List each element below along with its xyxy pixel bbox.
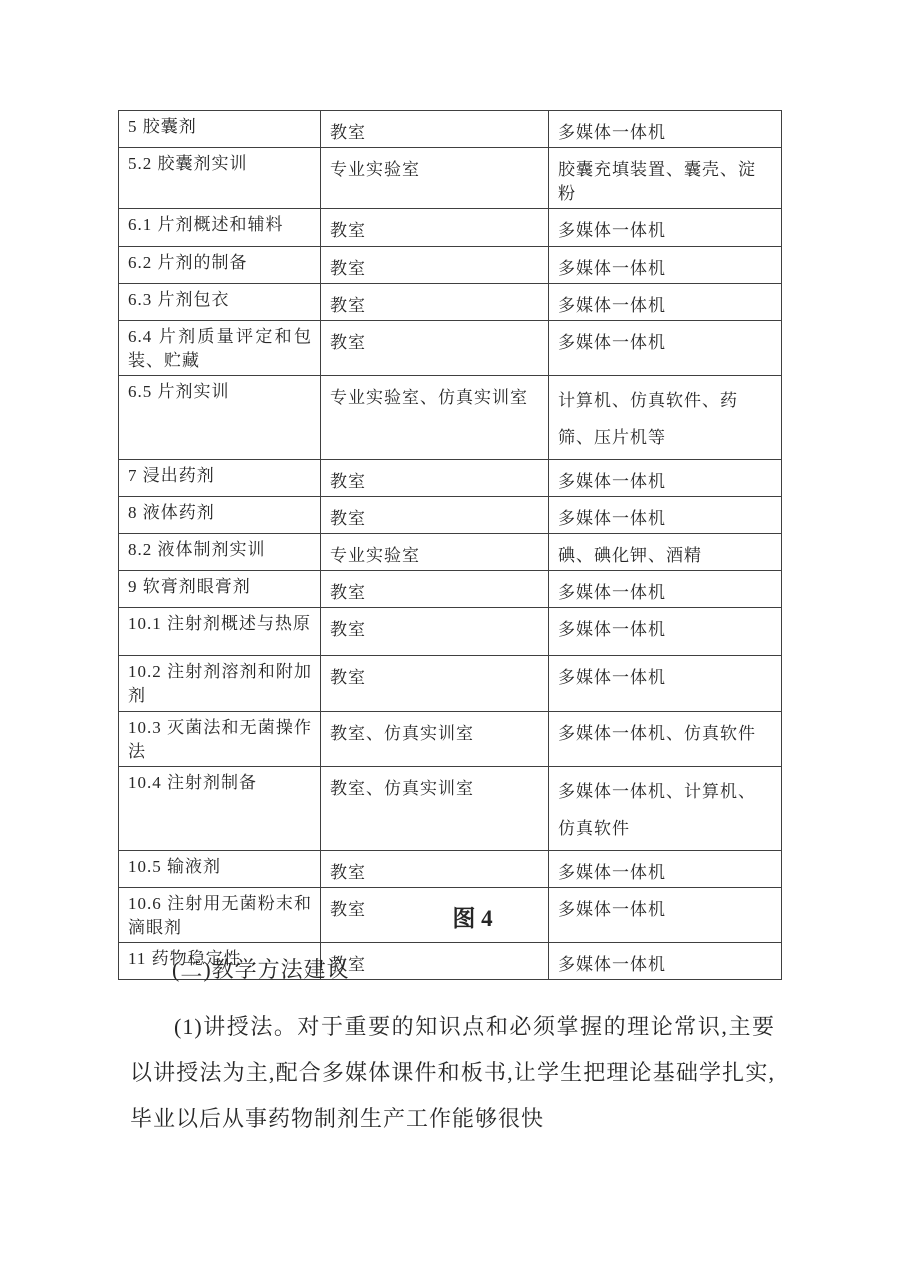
cell-content: 10.1 注射剂概述与热原 — [119, 608, 321, 656]
cell-equipment: 多媒体一体机 — [549, 459, 782, 496]
table-row: 10.2 注射剂溶剂和附加剂教室多媒体一体机 — [119, 656, 782, 711]
table-row: 5 胶囊剂教室多媒体一体机 — [119, 111, 782, 148]
cell-equipment: 多媒体一体机 — [549, 246, 782, 283]
course-schedule-table: 5 胶囊剂教室多媒体一体机5.2 胶囊剂实训专业实验室胶囊充填装置、囊壳、淀粉6… — [118, 110, 782, 980]
cell-location: 教室 — [321, 656, 549, 711]
cell-equipment: 多媒体一体机 — [549, 283, 782, 320]
cell-content: 6.4 片剂质量评定和包装、贮藏 — [119, 320, 321, 375]
table-row: 6.5 片剂实训专业实验室、仿真实训室计算机、仿真软件、药筛、压片机等 — [119, 376, 782, 460]
cell-equipment: 胶囊充填装置、囊壳、淀粉 — [549, 148, 782, 209]
document-page: 5 胶囊剂教室多媒体一体机5.2 胶囊剂实训专业实验室胶囊充填装置、囊壳、淀粉6… — [0, 0, 900, 1272]
cell-equipment: 多媒体一体机 — [549, 608, 782, 656]
cell-content: 7 浸出药剂 — [119, 459, 321, 496]
cell-location: 专业实验室 — [321, 534, 549, 571]
course-table-body: 5 胶囊剂教室多媒体一体机5.2 胶囊剂实训专业实验室胶囊充填装置、囊壳、淀粉6… — [119, 111, 782, 980]
cell-location: 教室、仿真实训室 — [321, 766, 549, 850]
table-row: 6.3 片剂包衣教室多媒体一体机 — [119, 283, 782, 320]
table-row: 6.1 片剂概述和辅料教室多媒体一体机 — [119, 209, 782, 246]
cell-content: 10.5 输液剂 — [119, 850, 321, 887]
cell-content: 8.2 液体制剂实训 — [119, 534, 321, 571]
cell-equipment: 多媒体一体机、仿真软件 — [549, 711, 782, 766]
cell-content: 6.5 片剂实训 — [119, 376, 321, 460]
cell-equipment: 多媒体一体机、计算机、仿真软件 — [549, 766, 782, 850]
cell-location: 教室 — [321, 850, 549, 887]
cell-content: 8 液体药剂 — [119, 496, 321, 533]
cell-content: 6.3 片剂包衣 — [119, 283, 321, 320]
cell-location: 教室 — [321, 571, 549, 608]
cell-location: 教室 — [321, 209, 549, 246]
cell-equipment: 多媒体一体机 — [549, 656, 782, 711]
table-row: 10.1 注射剂概述与热原教室多媒体一体机 — [119, 608, 782, 656]
cell-content: 10.3 灭菌法和无菌操作法 — [119, 711, 321, 766]
cell-content: 6.2 片剂的制备 — [119, 246, 321, 283]
cell-location: 教室、仿真实训室 — [321, 711, 549, 766]
cell-equipment: 计算机、仿真软件、药筛、压片机等 — [549, 376, 782, 460]
cell-content: 5 胶囊剂 — [119, 111, 321, 148]
table-row: 9 软膏剂眼膏剂教室多媒体一体机 — [119, 571, 782, 608]
cell-location: 专业实验室 — [321, 148, 549, 209]
table-row: 10.3 灭菌法和无菌操作法教室、仿真实训室多媒体一体机、仿真软件 — [119, 711, 782, 766]
cell-location: 教室 — [321, 496, 549, 533]
table-row: 10.4 注射剂制备教室、仿真实训室多媒体一体机、计算机、仿真软件 — [119, 766, 782, 850]
figure-caption: 图 4 — [118, 900, 781, 933]
cell-location: 教室 — [321, 459, 549, 496]
table-row: 5.2 胶囊剂实训专业实验室胶囊充填装置、囊壳、淀粉 — [119, 148, 782, 209]
cell-content: 10.2 注射剂溶剂和附加剂 — [119, 656, 321, 711]
cell-equipment: 多媒体一体机 — [549, 320, 782, 375]
cell-location: 教室 — [321, 111, 549, 148]
cell-equipment: 多媒体一体机 — [549, 111, 782, 148]
table-row: 7 浸出药剂教室多媒体一体机 — [119, 459, 782, 496]
cell-location: 教室 — [321, 283, 549, 320]
cell-location: 教室 — [321, 608, 549, 656]
table-row: 10.5 输液剂教室多媒体一体机 — [119, 850, 782, 887]
cell-location: 专业实验室、仿真实训室 — [321, 376, 549, 460]
table-row: 6.4 片剂质量评定和包装、贮藏教室多媒体一体机 — [119, 320, 782, 375]
cell-equipment: 多媒体一体机 — [549, 571, 782, 608]
section-heading: (二)教学方法建议 — [130, 953, 775, 984]
cell-location: 教室 — [321, 320, 549, 375]
cell-equipment: 多媒体一体机 — [549, 209, 782, 246]
cell-equipment: 多媒体一体机 — [549, 850, 782, 887]
cell-content: 6.1 片剂概述和辅料 — [119, 209, 321, 246]
cell-location: 教室 — [321, 246, 549, 283]
table-row: 8 液体药剂教室多媒体一体机 — [119, 496, 782, 533]
cell-equipment: 碘、碘化钾、酒精 — [549, 534, 782, 571]
table-row: 8.2 液体制剂实训专业实验室碘、碘化钾、酒精 — [119, 534, 782, 571]
cell-content: 10.4 注射剂制备 — [119, 766, 321, 850]
cell-content: 9 软膏剂眼膏剂 — [119, 571, 321, 608]
cell-equipment: 多媒体一体机 — [549, 496, 782, 533]
body-paragraph: (1)讲授法。对于重要的知识点和必须掌握的理论常识,主要以讲授法为主,配合多媒体… — [130, 1004, 775, 1142]
table-row: 6.2 片剂的制备教室多媒体一体机 — [119, 246, 782, 283]
cell-content: 5.2 胶囊剂实训 — [119, 148, 321, 209]
